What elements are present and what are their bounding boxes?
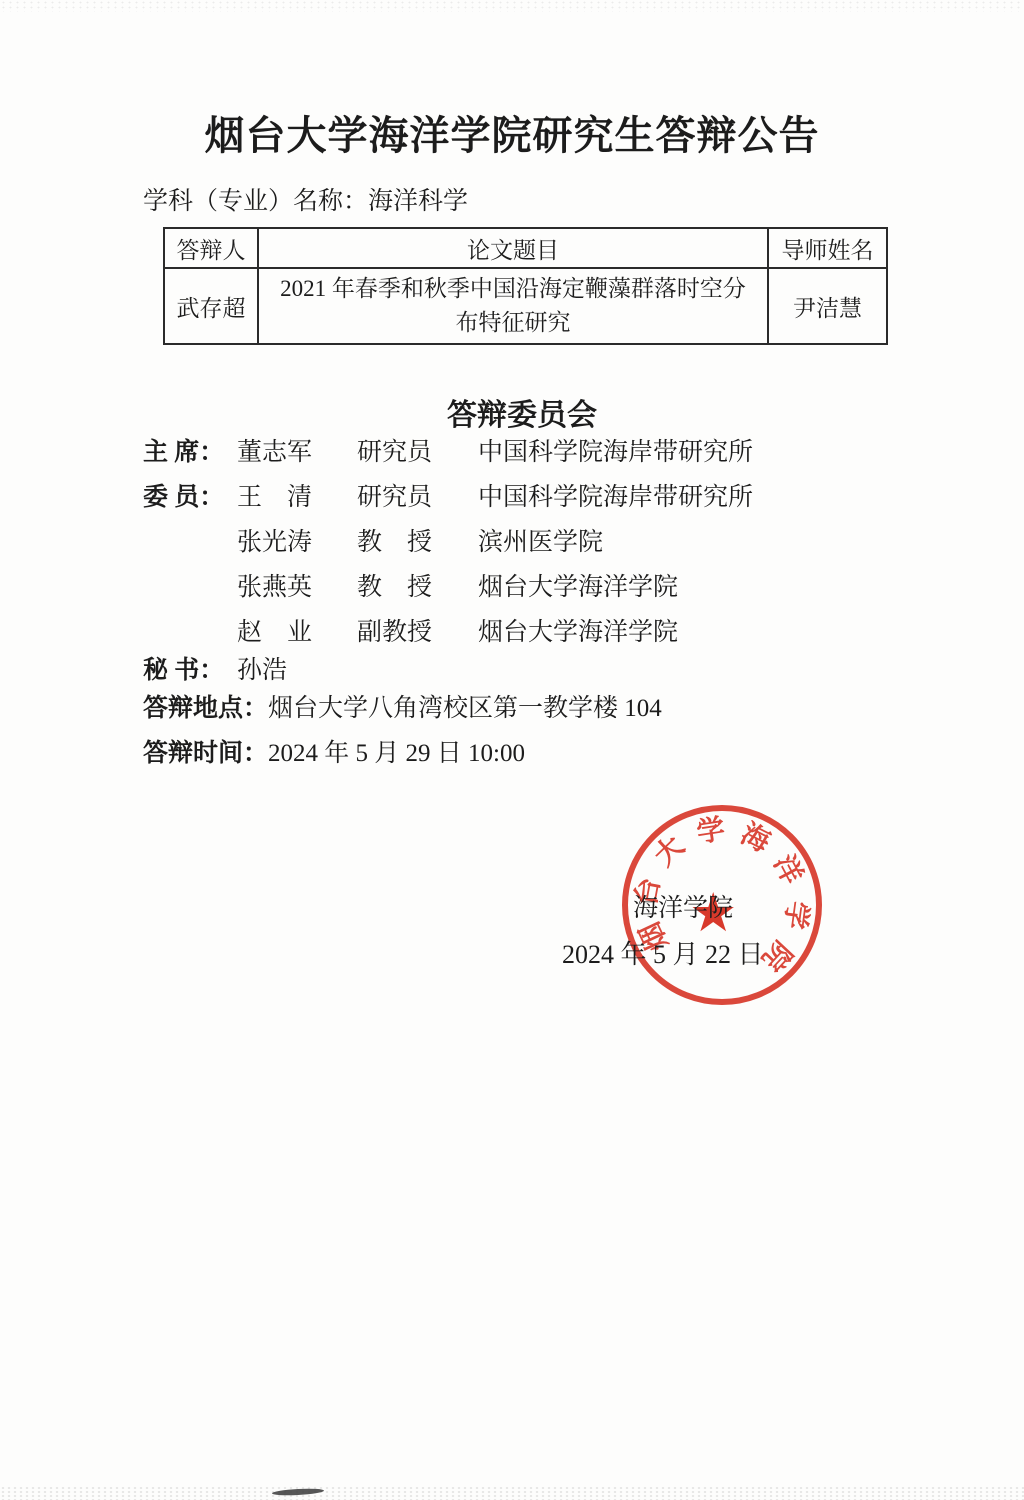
committee-row-member: 张燕英 教 授 烟台大学海洋学院 — [143, 565, 883, 610]
member-name: 王 清 — [237, 475, 312, 520]
committee-row-chair: 主 席： 董志军 研究员 中国科学院海岸带研究所 — [143, 430, 883, 475]
secretary-name: 孙浩 — [237, 648, 287, 693]
document-page: 烟台大学海洋学院研究生答辩公告 学科（专业）名称：海洋科学 答辩人 论文题目 导… — [0, 0, 1024, 1500]
role-label: 委 员： — [143, 475, 224, 520]
member-title: 研究员 — [357, 475, 432, 520]
header-thesis: 论文题目 — [258, 228, 768, 268]
subject-line: 学科（专业）名称：海洋科学 — [143, 181, 468, 217]
member-affiliation: 烟台大学海洋学院 — [478, 565, 678, 610]
venue-label: 答辩地点： — [143, 695, 268, 722]
committee-row-member: 委 员： 王 清 研究员 中国科学院海岸带研究所 — [143, 475, 883, 520]
table-header-row: 答辩人 论文题目 导师姓名 — [164, 228, 887, 268]
seal-character: 海 — [736, 820, 774, 858]
member-name: 董志军 — [237, 430, 312, 475]
seal-character: 大 — [651, 832, 691, 872]
venue-row: 答辩地点：烟台大学八角湾校区第一教学楼 104 — [143, 688, 903, 730]
committee-row-member: 张光涛 教 授 滨州医学院 — [143, 520, 883, 565]
seal-character: 洋 — [768, 851, 806, 889]
seal-character: 学 — [780, 899, 811, 930]
member-title: 教 授 — [357, 520, 432, 565]
role-label: 秘 书： — [143, 648, 224, 693]
secretary-row: 秘 书： 孙浩 — [143, 648, 883, 693]
member-name: 张燕英 — [237, 565, 312, 610]
header-defender: 答辩人 — [164, 228, 258, 268]
scan-noise-bottom — [0, 1486, 1024, 1500]
table-row: 武存超 2021 年春季和秋季中国沿海定鞭藻群落时空分布特征研究 尹洁慧 — [164, 268, 887, 344]
member-title: 研究员 — [357, 430, 432, 475]
header-advisor: 导师姓名 — [768, 228, 887, 268]
member-title: 教 授 — [357, 565, 432, 610]
member-affiliation: 滨州医学院 — [478, 520, 603, 565]
member-name: 张光涛 — [237, 520, 312, 565]
defense-table: 答辩人 论文题目 导师姓名 武存超 2021 年春季和秋季中国沿海定鞭藻群落时空… — [163, 227, 888, 345]
scan-noise-top — [0, 0, 1024, 12]
role-label: 主 席： — [143, 430, 224, 475]
time-label: 答辩时间： — [143, 740, 268, 767]
cell-advisor: 尹洁慧 — [768, 268, 887, 344]
cell-defender: 武存超 — [164, 268, 258, 344]
time-row: 答辩时间：2024 年 5 月 29 日 10:00 — [143, 733, 903, 775]
committee-heading: 答辩委员会 — [0, 390, 1024, 434]
time-value: 2024 年 5 月 29 日 10:00 — [268, 740, 525, 767]
cell-thesis: 2021 年春季和秋季中国沿海定鞭藻群落时空分布特征研究 — [258, 268, 768, 344]
page-title: 烟台大学海洋学院研究生答辩公告 — [0, 104, 1024, 161]
subject-value: 海洋科学 — [368, 188, 468, 215]
signature-date: 2024 年 5 月 22 日 — [562, 934, 764, 971]
seal-character: 学 — [695, 816, 727, 848]
venue-value: 烟台大学八角湾校区第一教学楼 104 — [268, 695, 662, 722]
member-affiliation: 中国科学院海岸带研究所 — [478, 430, 753, 475]
signature-org: 海洋学院 — [633, 888, 733, 924]
member-affiliation: 中国科学院海岸带研究所 — [478, 475, 753, 520]
subject-label: 学科（专业）名称： — [143, 188, 368, 215]
